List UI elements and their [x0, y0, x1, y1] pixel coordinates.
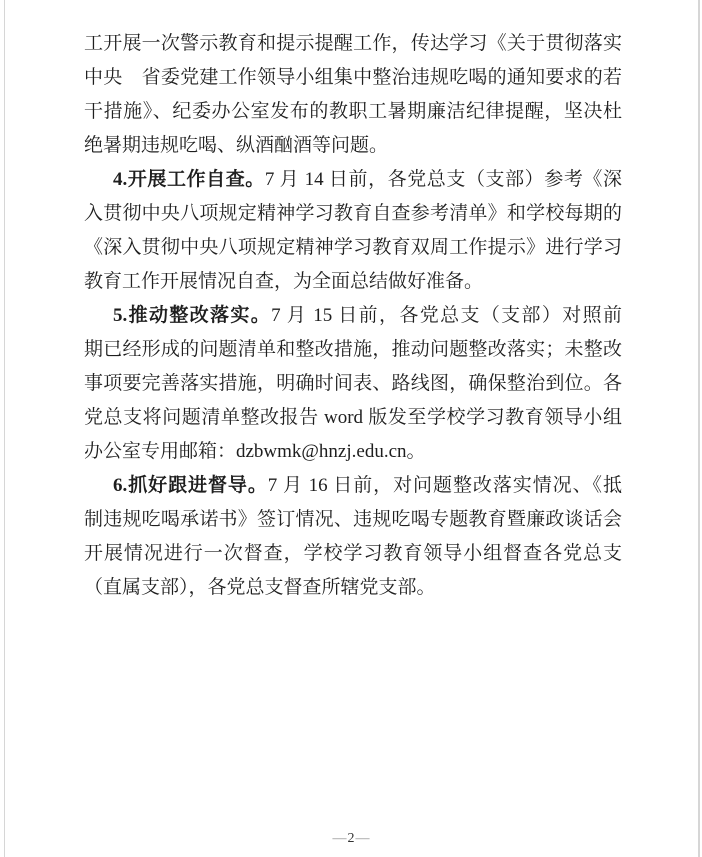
text-line: 6.抓好跟进督导。7 月 16 日前，对问题整改落实情况、《抵 [84, 469, 622, 503]
text-line: 教育工作开展情况自查，为全面总结做好准备。 [84, 265, 622, 299]
document-page: 工开展一次警示教育和提示提醒工作，传达学习《关于贯彻落实 中央 省委党建工作领导… [0, 0, 702, 857]
text-run: 7 月 14 日前，各党总支（支部）参考《深 [265, 169, 622, 190]
paragraph-item-6: 6.抓好跟进督导。7 月 16 日前，对问题整改落实情况、《抵 制违规吃喝承诺书… [84, 469, 622, 605]
text-line: 绝暑期违规吃喝、纵酒酗酒等问题。 [84, 129, 622, 163]
text-line: 事项要完善落实措施，明确时间表、路线图，确保整治到位。各 [84, 367, 622, 401]
text-line: 党总支将问题清单整改报告 word 版发至学校学习教育领导小组 [84, 401, 622, 435]
text-line: 入贯彻中央八项规定精神学习教育自查参考清单》和学校每期的 [84, 197, 622, 231]
item-6-heading: 6.抓好跟进督导。 [113, 475, 268, 496]
text-line-email: 办公室专用邮箱：dzbwmk@hnzj.edu.cn。 [84, 435, 622, 469]
text-line: 4.开展工作自查。7 月 14 日前，各党总支（支部）参考《深 [84, 163, 622, 197]
text-line: （直属支部），各党总支督查所辖党支部。 [84, 571, 622, 605]
text-line: 制违规吃喝承诺书》签订情况、违规吃喝专题教育暨廉政谈话会 [84, 503, 622, 537]
paragraph-item-4: 4.开展工作自查。7 月 14 日前，各党总支（支部）参考《深 入贯彻中央八项规… [84, 163, 622, 299]
page-right-edge-line [698, 0, 700, 857]
item-4-heading: 4.开展工作自查。 [113, 169, 265, 190]
page-number-dash-right: — [356, 831, 370, 846]
text-run: 7 月 16 日前，对问题整改落实情况、《抵 [268, 475, 622, 496]
text-line: 《深入贯彻中央八项规定精神学习教育双周工作提示》进行学习 [84, 231, 622, 265]
page-left-edge-line [4, 0, 5, 857]
text-line: 干措施》、纪委办公室发布的教职工暑期廉洁纪律提醒，坚决杜 [84, 95, 622, 129]
text-run: 7 月 15 日前，各党总支（支部）对照前 [271, 305, 622, 326]
paragraph-continuation: 工开展一次警示教育和提示提醒工作，传达学习《关于贯彻落实 中央 省委党建工作领导… [84, 27, 622, 163]
item-5-heading: 5.推动整改落实。 [113, 305, 271, 326]
text-line: 5.推动整改落实。7 月 15 日前，各党总支（支部）对照前 [84, 299, 622, 333]
paragraph-item-5: 5.推动整改落实。7 月 15 日前，各党总支（支部）对照前 期已经形成的问题清… [84, 299, 622, 469]
page-number-dash-left: — [333, 831, 347, 846]
text-line: 开展情况进行一次督查，学校学习教育领导小组督查各党总支 [84, 537, 622, 571]
text-line: 期已经形成的问题清单和整改措施，推动问题整改落实；未整改 [84, 333, 622, 367]
page-number-value: 2 [347, 831, 356, 846]
page-number: —2— [0, 829, 702, 849]
text-line: 中央 省委党建工作领导小组集中整治违规吃喝的通知要求的若 [84, 61, 622, 95]
text-line: 工开展一次警示教育和提示提醒工作，传达学习《关于贯彻落实 [84, 27, 622, 61]
document-body: 工开展一次警示教育和提示提醒工作，传达学习《关于贯彻落实 中央 省委党建工作领导… [84, 27, 622, 605]
